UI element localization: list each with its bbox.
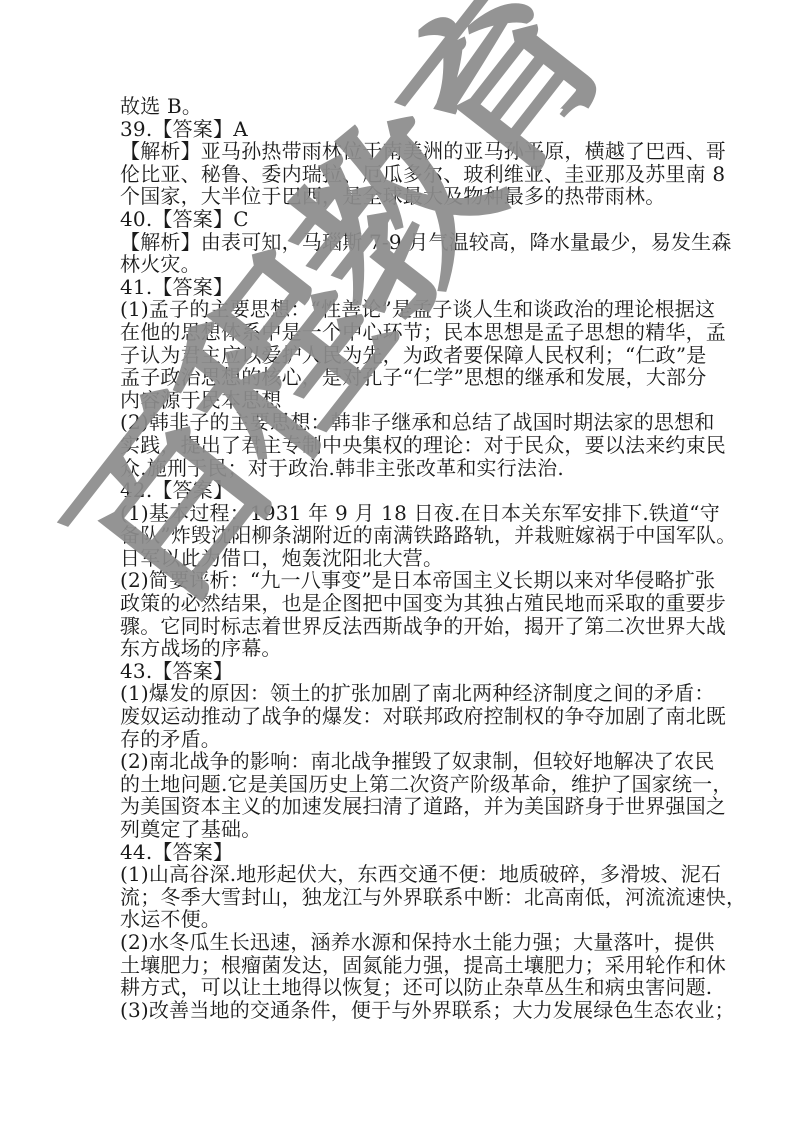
answer-text-body: 故选 B。 39.【答案】A 【解析】亚马孙热带雨林位于南美洲的亚马孙平原，横越…	[120, 95, 680, 1021]
text-line: 在他的思想体系中是一个中心环节；民本思想是孟子思想的精华，孟	[120, 321, 680, 344]
answer-40-heading: 40.【答案】C	[120, 208, 680, 231]
text-line: 众.施刑于民；对于政治.韩非主张改革和实行法治.	[120, 457, 680, 480]
answer-43-heading: 43.【答案】	[120, 660, 680, 683]
text-line: (2)南北战争的影响：南北战争摧毁了奴隶制，但较好地解决了农民	[120, 750, 680, 773]
text-line: 子认为君主应以爱护人民为先，为政者要保障人民权利；“仁政”是	[120, 344, 680, 367]
text-line: 列奠定了基础。	[120, 818, 680, 841]
text-line: 为美国资本主义的加速发展扫清了道路，并为美国跻身于世界强国之	[120, 795, 680, 818]
text-line: 耕方式，可以让土地得以恢复；还可以防止杂草丛生和病虫害问题.	[120, 976, 680, 999]
text-line: 林火灾。	[120, 253, 680, 276]
text-line: 伦比亚、秘鲁、委内瑞拉、厄瓜多尔、玻利维亚、圭亚那及苏里南 8	[120, 163, 680, 186]
text-line: 内容源于民本思想	[120, 389, 680, 412]
text-line: 孟子政治思想的核心，是对孔子“仁学”思想的继承和发展，大部分	[120, 366, 680, 389]
text-line: (2)水冬瓜生长迅速，涵养水源和保持水土能力强；大量落叶，提供	[120, 931, 680, 954]
text-line: 废奴运动推动了战争的爆发：对联邦政府控制权的争夺加剧了南北既	[120, 705, 680, 728]
answer-44-heading: 44.【答案】	[120, 841, 680, 864]
answer-41-heading: 41.【答案】	[120, 276, 680, 299]
text-line: 政策的必然结果，也是企图把中国变为其独占殖民地而采取的重要步	[120, 592, 680, 615]
text-line: (2)韩非子的主要思想：韩非子继承和总结了战国时期法家的思想和	[120, 411, 680, 434]
text-line: 【解析】由表可知，马瑙斯 7-9 月气温较高，降水量最少，易发生森	[120, 231, 680, 254]
document-page: 故选 B。 39.【答案】A 【解析】亚马孙热带雨林位于南美洲的亚马孙平原，横越…	[0, 0, 794, 1123]
text-line: 存的矛盾。	[120, 728, 680, 751]
text-line: 实践，提出了君主专制中央集权的理论：对于民众，要以法来约束民	[120, 434, 680, 457]
answer-42-heading: 42.【答案】	[120, 479, 680, 502]
text-line: 个国家，大半位于巴西，是全球最大及物种最多的热带雨林。	[120, 185, 680, 208]
text-line: (1)基本过程：1931 年 9 月 18 日夜.在日本关东军安排下.铁道“守	[120, 502, 680, 525]
answer-39-heading: 39.【答案】A	[120, 118, 680, 141]
text-line: 备队”炸毁沈阳柳条湖附近的南满铁路路轨，并栽赃嫁祸于中国军队。	[120, 524, 680, 547]
text-line: 的土地问题.它是美国历史上第二次资产阶级革命，维护了国家统一，	[120, 773, 680, 796]
text-line: 日军以此为借口，炮轰沈阳北大营。	[120, 547, 680, 570]
text-line: 故选 B。	[120, 95, 680, 118]
text-line: (1)孟子的主要思想：“性善论”是孟子谈人生和谈政治的理论根据这	[120, 298, 680, 321]
text-line: 骤。它同时标志着世界反法西斯战争的开始，揭开了第二次世界大战	[120, 615, 680, 638]
text-line: 流；冬季大雪封山，独龙江与外界联系中断：北高南低，河流流速快，	[120, 886, 680, 909]
text-line: (2)简要评析：“九一八事变”是日本帝国主义长期以来对华侵略扩张	[120, 569, 680, 592]
text-line: (1)爆发的原因：领土的扩张加剧了南北两种经济制度之间的矛盾：	[120, 682, 680, 705]
text-line: 土壤肥力；根瘤菌发达，固氮能力强，提高土壤肥力；采用轮作和休	[120, 954, 680, 977]
text-line: 水运不便。	[120, 908, 680, 931]
text-line: (1)山高谷深.地形起伏大，东西交通不便：地质破碎，多滑坡、泥石	[120, 863, 680, 886]
text-line: 东方战场的序幕。	[120, 637, 680, 660]
text-line: 【解析】亚马孙热带雨林位于南美洲的亚马孙平原，横越了巴西、哥	[120, 140, 680, 163]
text-line: (3)改善当地的交通条件，便于与外界联系；大力发展绿色生态农业；	[120, 999, 680, 1022]
